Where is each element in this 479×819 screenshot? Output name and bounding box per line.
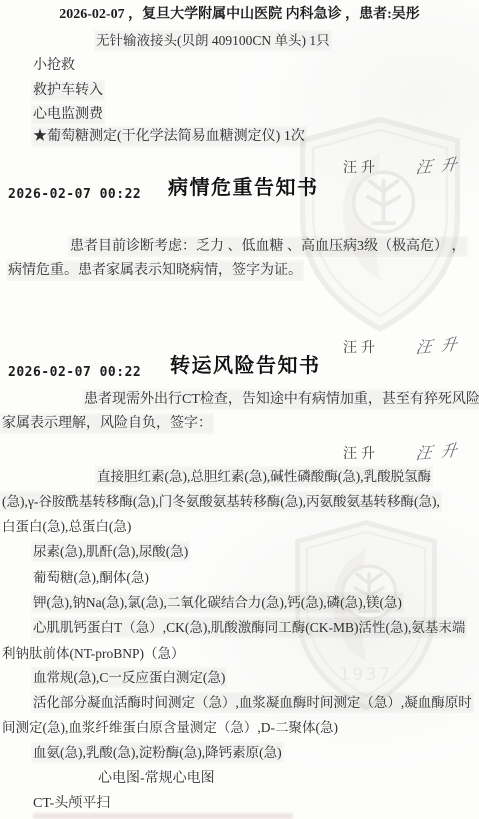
- order-item: 心电监测费: [33, 106, 103, 123]
- hospital-shield-watermark-icon: [292, 114, 468, 336]
- lab-order-line: 间测定(急),血浆纤维蛋白原含量测定（急）,D-二聚体(急): [2, 719, 338, 736]
- physician-printed-name: 汪升: [343, 337, 379, 357]
- critical-notice-title: 病情危重告知书: [168, 180, 319, 197]
- transfer-notice-datetime: 2026-02-07 00:22: [8, 364, 141, 381]
- lab-order-line: 白蛋白(急),总蛋白(急): [2, 518, 131, 535]
- lab-order-line: 活化部分凝血活酶时间测定（急）,血浆凝血酶时间测定（急）,凝血酶原时: [33, 694, 472, 711]
- lab-order-line: 血氨(急),乳酸(急),淀粉酶(急),降钙素原(急): [33, 744, 282, 761]
- critical-notice-datetime: 2026-02-07 00:22: [8, 186, 141, 203]
- order-item: 救护车转入: [33, 82, 103, 99]
- signature-row: 汪升 汪升: [0, 335, 479, 357]
- lab-order-line: 直接胆红素(急),总胆红素(急),碱性磷酸酶(急),乳酸脱氢酶: [97, 468, 431, 485]
- lab-order-line: 钾(急),钠Na(急),氯(急),二氧化碳结合力(急),钙(急),磷(急),镁(…: [33, 594, 402, 611]
- lab-order-line: 心肌肌钙蛋白T（急）,CK(急),肌酸激酶同工酶(CK-MB)活性(急),氨基末…: [33, 619, 465, 636]
- signature-row: 汪升 汪升: [0, 441, 479, 463]
- ct-order-line: CT-头颅平扫: [33, 795, 110, 812]
- order-item: 小抢救: [33, 57, 75, 74]
- hospital-shield-watermark-icon: 1937: [274, 518, 458, 714]
- cutoff-text-remnant: [33, 813, 293, 819]
- lab-order-line: 葡萄糖(急),酮体(急): [33, 569, 149, 586]
- document-page: 1937 2026-02-07 ，复旦大学附属中山医院 内科急诊 ，患者:吴彤 …: [0, 0, 479, 819]
- transfer-notice-title: 转运风险告知书: [170, 358, 321, 375]
- physician-handwritten-signature: 汪升: [415, 437, 468, 465]
- signature-row: 汪升 汪升: [0, 155, 479, 177]
- critical-notice-body-line: 患者目前诊断考虑：乏力 、低血糖 、高血压病3级（极高危） ，: [70, 238, 466, 255]
- physician-handwritten-signature: 汪升: [415, 151, 468, 179]
- lab-order-line: 血常规(急),C一反应蛋白测定(急): [33, 669, 225, 686]
- critical-notice-body-line: 病情危重。患者家属表示知晓病情，签字为证。: [8, 262, 302, 279]
- physician-printed-name: 汪升: [343, 443, 379, 463]
- order-item: ★葡萄糖测定(干化学法简易血糖测定仪) 1次: [33, 128, 305, 145]
- lab-order-line: 尿素(急),肌酐(急),尿酸(急): [33, 543, 188, 560]
- watermark-year: 1937: [339, 665, 393, 685]
- supply-order-line: 无针输液接头(贝朗 409100CN 单头) 1只: [96, 32, 330, 49]
- physician-printed-name: 汪升: [343, 157, 379, 177]
- transfer-notice-body-line: 家属表示理解，风险自负，签字：: [2, 415, 212, 432]
- lab-order-line: 利钠肽前体(NT-proBNP)（急）: [2, 645, 185, 662]
- lab-order-line: (急),γ-谷胺酰基转移酶(急),门冬氨酸氨基转移酶(急),丙氨酸氨基转移酶(急…: [2, 493, 440, 510]
- physician-handwritten-signature: 汪升: [415, 331, 468, 359]
- record-header: 2026-02-07 ，复旦大学附属中山医院 内科急诊 ，患者:吴彤: [0, 6, 479, 23]
- transfer-notice-body-line: 患者现需外出行CT检查，告知途中有病情加重，甚至有猝死风险，: [84, 391, 479, 408]
- ecg-order-line: 心电图-常规心电图: [98, 770, 215, 787]
